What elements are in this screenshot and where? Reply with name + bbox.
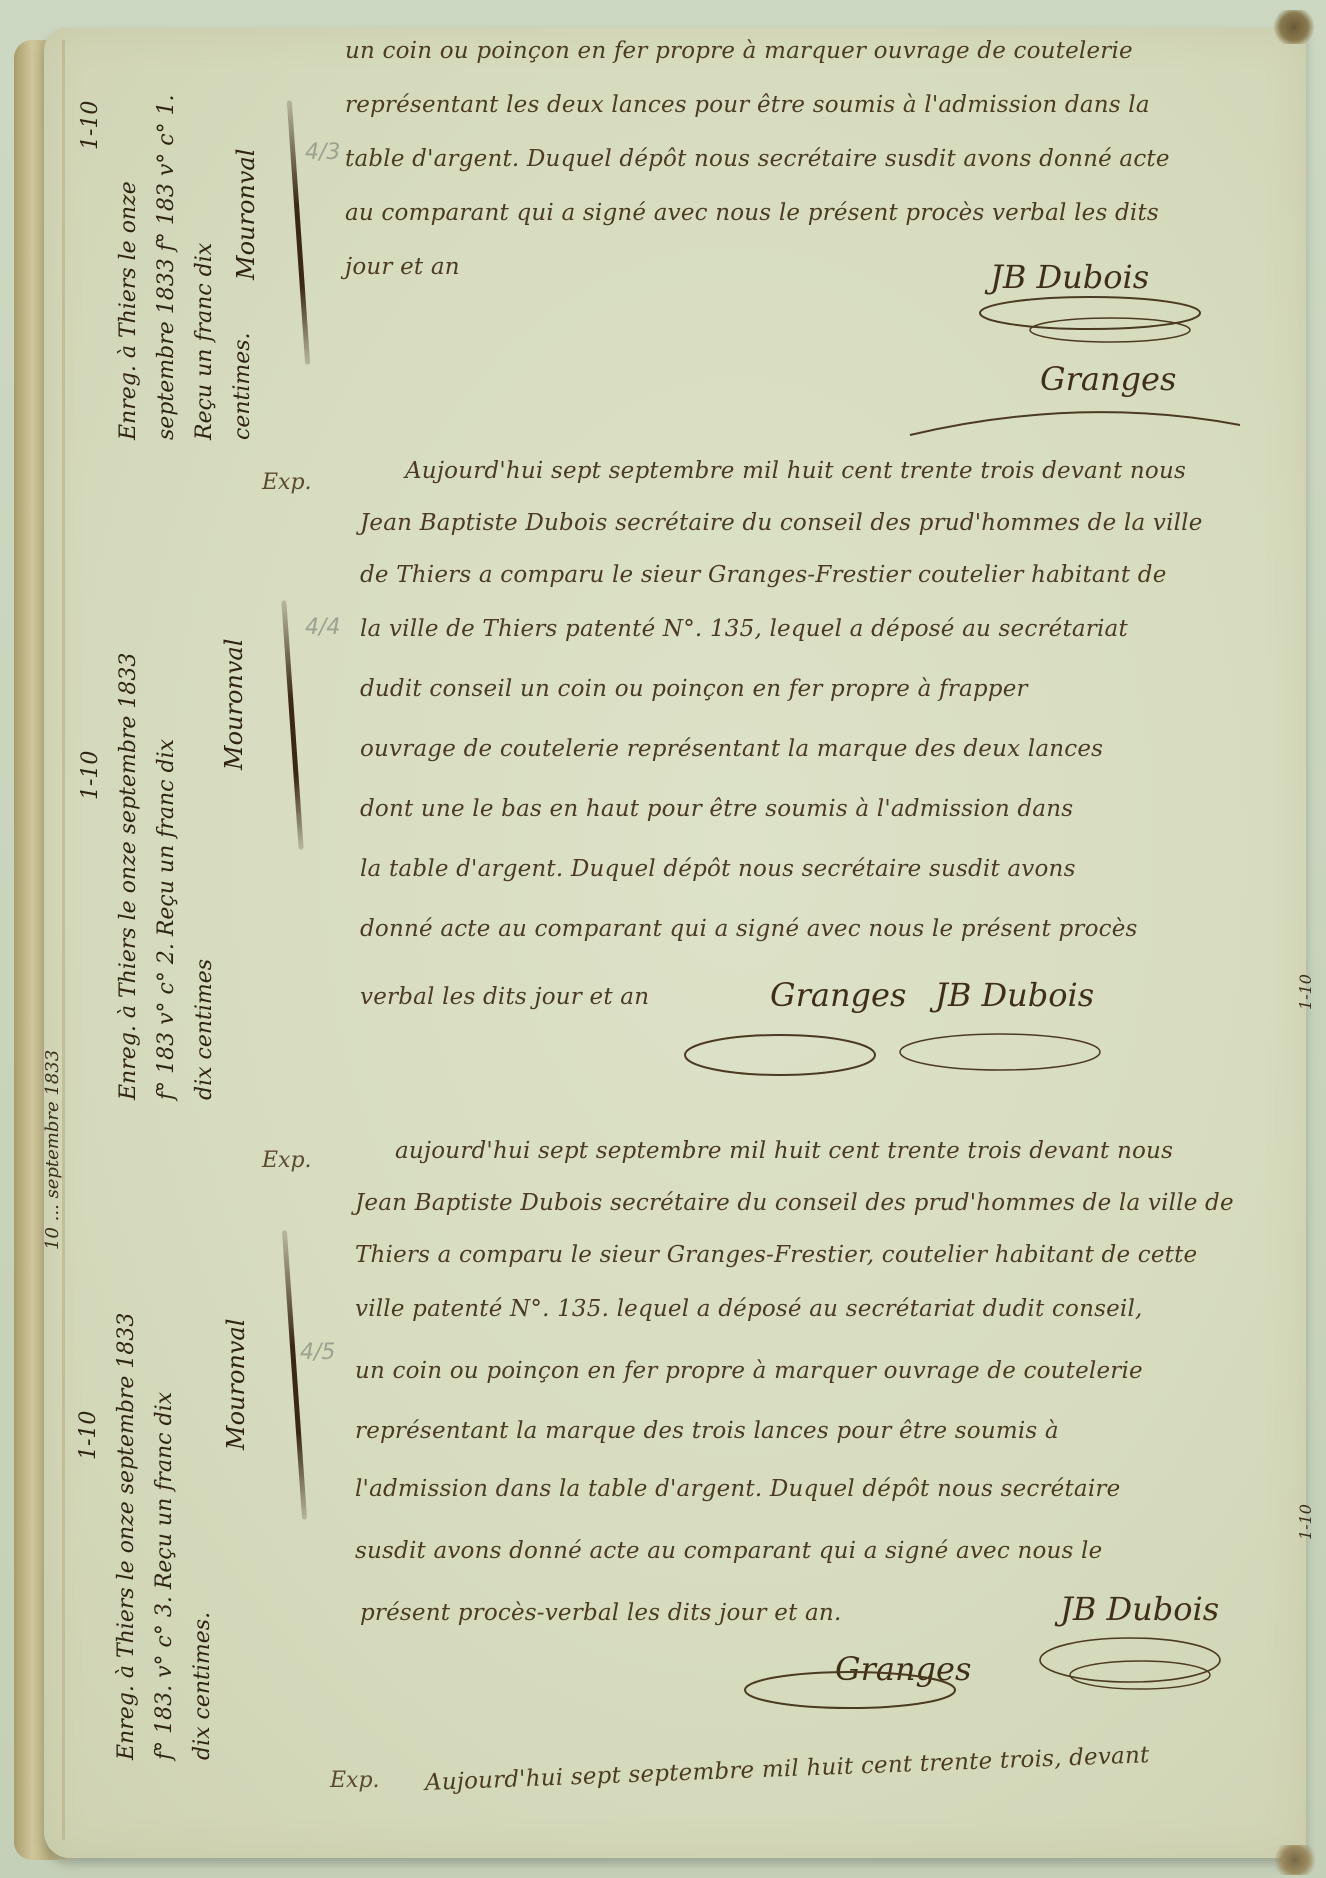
signature-flourish (960, 285, 1220, 365)
signature-granges: Granges (770, 976, 906, 1014)
text-line: un coin ou poinçon en fer propre à marqu… (345, 38, 1133, 64)
signature-flourish (900, 395, 1260, 455)
text-line: donné acte au comparant qui a signé avec… (360, 916, 1138, 942)
pencil-folio-number: 4/4 (305, 615, 340, 640)
registration-line: dix centimes. (184, 1313, 222, 1760)
text-line: de Thiers a comparu le sieur Granges-Fre… (360, 562, 1167, 588)
text-line: Aujourd'hui sept septembre mil huit cent… (405, 458, 1186, 484)
text-line: un coin ou poinçon en fer propre à marqu… (355, 1358, 1143, 1384)
registration-line: Reçu un franc dix (186, 94, 224, 440)
registration-line: Enreg. à Thiers le onze septembre 1833 (108, 1313, 146, 1760)
text-line: Jean Baptiste Dubois secrétaire du conse… (355, 1190, 1234, 1216)
gutter-line (62, 40, 65, 1840)
text-line: au comparant qui a signé avec nous le pr… (345, 200, 1159, 226)
text-line: Thiers a comparu le sieur Granges-Fresti… (355, 1242, 1197, 1268)
text-line: dont une le bas en haut pour être soumis… (360, 796, 1073, 822)
registration-line: f° 183. v° c° 3. Reçu un franc dix (146, 1313, 184, 1760)
pencil-folio-number: 4/5 (300, 1340, 335, 1365)
text-line: représentant les deux lances pour être s… (345, 92, 1150, 118)
margin-label-exp: Exp. (330, 1768, 380, 1793)
text-line: ouvrage de coutelerie représentant la ma… (360, 736, 1103, 762)
signature-flourish (670, 1020, 1130, 1100)
text-line: ville patenté N°. 135. lequel a déposé a… (355, 1296, 1143, 1322)
text-line: représentant la marque des trois lances … (355, 1418, 1059, 1444)
text-line: jour et an (345, 254, 460, 280)
paraph-signature: Mouronval (232, 149, 260, 280)
paraph-signature: Mouronval (222, 1319, 250, 1450)
registration-line: Enreg. à Thiers le onze septembre 1833 (110, 653, 148, 1100)
margin-label-exp: Exp. (262, 470, 312, 495)
registration-line: Enreg. à Thiers le onze (110, 94, 148, 440)
fee-amount: 1-10 (72, 94, 110, 440)
binding-thread-top (1272, 10, 1316, 44)
spine-note: 10 ... septembre 1833 (42, 1050, 63, 1250)
registration-line: dix centimes (186, 653, 224, 1100)
text-line: table d'argent. Duquel dépôt nous secrét… (345, 146, 1170, 172)
text-line: la table d'argent. Duquel dépôt nous sec… (360, 856, 1076, 882)
signature-flourish (730, 1620, 1250, 1730)
text-line: susdit avons donné acte au comparant qui… (355, 1538, 1102, 1564)
paraph-signature: Mouronval (220, 639, 248, 770)
pencil-folio-number: 4/3 (305, 140, 340, 165)
binding-thread-bottom (1270, 1845, 1320, 1875)
fee-amount: 1-10 (72, 653, 110, 1100)
right-edge-mark: 1-10 (1296, 974, 1315, 1010)
text-line: verbal les dits jour et an (360, 984, 649, 1010)
text-line: Jean Baptiste Dubois secrétaire du conse… (360, 510, 1203, 536)
right-edge-mark: 1-10 (1296, 1504, 1315, 1540)
text-line: dudit conseil un coin ou poinçon en fer … (360, 676, 1028, 702)
text-line: aujourd'hui sept septembre mil huit cent… (395, 1138, 1173, 1164)
signature-dubois: JB Dubois (935, 976, 1094, 1014)
registration-line: f° 183 v° c° 2. Reçu un franc dix (148, 653, 186, 1100)
registration-line: septembre 1833 f° 183 v° c° 1. (148, 94, 186, 440)
margin-label-exp: Exp. (262, 1148, 312, 1173)
text-line: l'admission dans la table d'argent. Duqu… (355, 1476, 1120, 1502)
text-line: la ville de Thiers patenté N°. 135, lequ… (360, 616, 1128, 642)
signature-granges: Granges (1040, 360, 1176, 398)
fee-amount: 1-10 (70, 1313, 108, 1760)
